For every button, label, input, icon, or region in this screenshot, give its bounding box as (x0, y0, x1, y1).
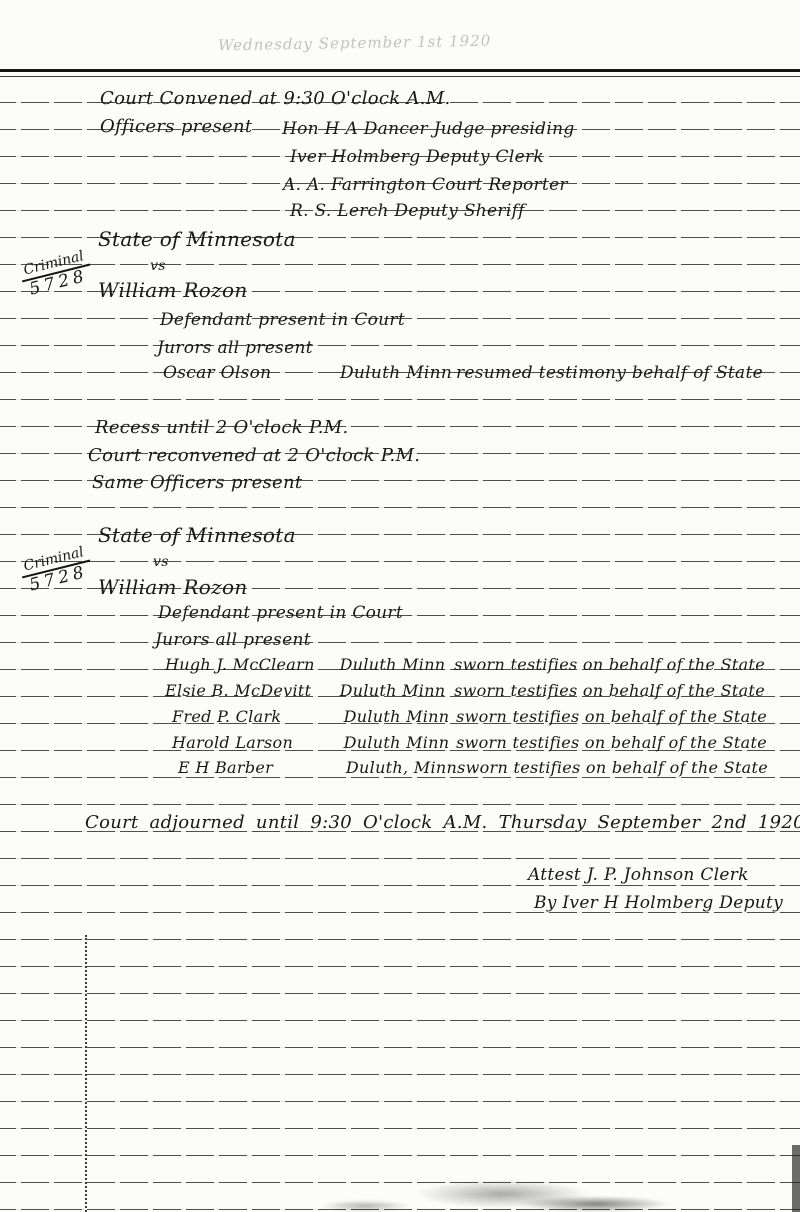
attest-deputy-signature: By Iver H Holmberg Deputy (534, 893, 783, 913)
witness-row: E H Barber Duluth, Minn sworn testifies … (178, 758, 768, 777)
scan-smudge (320, 1200, 410, 1212)
scan-smudge (520, 1196, 670, 1212)
witness-note: sworn testifies on behalf of the State (457, 758, 768, 777)
scan-edge-artifact (792, 1145, 800, 1212)
defendant-present-line-morning: Defendant present in Court (160, 310, 405, 330)
case-defendant-morning: William Rozon (98, 278, 248, 302)
witness-city: Duluth Minn (340, 681, 454, 700)
officer-deputy-sheriff: R. S. Lerch Deputy Sheriff (290, 201, 525, 221)
witness-name: E H Barber (178, 758, 346, 777)
witness-city: Duluth Minn (340, 655, 454, 674)
scanned-court-minutes-page: Wednesday September 1st 1920 Court Conve… (0, 0, 800, 1212)
jurors-present-line-afternoon: Jurors all present (155, 630, 311, 650)
witness-name: Oscar Olson (163, 363, 340, 383)
witness-row: Elsie B. McDevitt Duluth Minn sworn test… (165, 681, 765, 700)
witness-city: Duluth Minn (344, 733, 457, 752)
officers-present-label: Officers present (100, 116, 252, 137)
top-heavy-rule (0, 69, 800, 72)
recess-line: Recess until 2 O'clock P.M. (95, 417, 349, 438)
witness-name: Fred P. Clark (172, 707, 344, 726)
officer-court-reporter: A. A. Farrington Court Reporter (283, 175, 568, 195)
court-convened-line: Court Convened at 9:30 O'clock A.M. (100, 88, 451, 109)
defendant-present-line-afternoon: Defendant present in Court (158, 603, 403, 623)
same-officers-line: Same Officers present (92, 472, 302, 493)
case-vs-afternoon: vs (153, 554, 169, 570)
ghost-date-header: Wednesday September 1st 1920 (218, 32, 491, 55)
witness-note: sworn testifies on behalf of the State (454, 681, 765, 700)
witness-note: sworn testifies on behalf of the State (454, 655, 765, 674)
officer-deputy-clerk: Iver Holmberg Deputy Clerk (290, 147, 544, 167)
witness-name: Elsie B. McDevitt (165, 681, 340, 700)
witness-name: Hugh J. McClearn (165, 655, 340, 674)
witness-row-oscar-olson: Oscar Olson Duluth Minn resumed testimon… (163, 363, 763, 383)
officer-judge: Hon H A Dancer Judge presiding (282, 119, 575, 139)
witness-row: Hugh J. McClearn Duluth Minn sworn testi… (165, 655, 765, 674)
witness-city: Duluth, Minn (346, 758, 457, 777)
witness-row: Fred P. Clark Duluth Minn sworn testifie… (172, 707, 767, 726)
case-defendant-afternoon: William Rozon (98, 575, 248, 599)
left-margin-vertical-line (85, 935, 87, 1212)
witness-note: resumed testimony behalf of State (456, 363, 763, 383)
witness-row: Harold Larson Duluth Minn sworn testifie… (172, 733, 767, 752)
jurors-present-line-morning: Jurors all present (157, 338, 313, 358)
witness-note: sworn testifies on behalf of the State (456, 707, 767, 726)
witness-name: Harold Larson (172, 733, 344, 752)
adjournment-line: Court adjourned until 9:30 O'clock A.M. … (85, 812, 800, 833)
case-title-morning: State of Minnesota (98, 227, 296, 251)
witness-city: Duluth Minn (340, 363, 456, 383)
reconvened-line: Court reconvened at 2 O'clock P.M. (88, 445, 420, 466)
witness-city: Duluth Minn (344, 707, 457, 726)
top-thin-rule (0, 76, 800, 77)
case-vs-morning: vs (150, 258, 166, 274)
attest-clerk-signature: Attest J. P. Johnson Clerk (528, 865, 749, 885)
witness-note: sworn testifies on behalf of the State (456, 733, 767, 752)
case-title-afternoon: State of Minnesota (98, 523, 296, 547)
